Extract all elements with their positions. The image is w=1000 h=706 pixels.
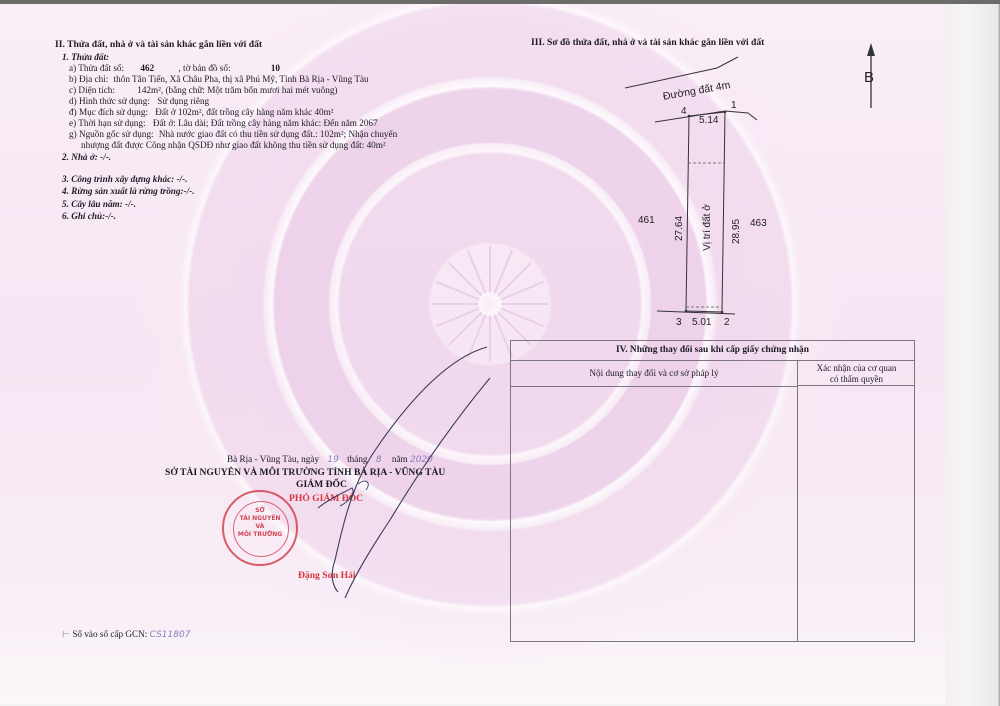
handwritten-signature xyxy=(0,0,1000,706)
registry-mark-icon: ⊢ xyxy=(62,629,70,640)
registry-number: CS11807 xyxy=(150,630,191,640)
registry-label: Số vào sổ cấp GCN: xyxy=(72,629,147,639)
registry-row: ⊢ Số vào sổ cấp GCN: CS11807 xyxy=(62,629,190,641)
